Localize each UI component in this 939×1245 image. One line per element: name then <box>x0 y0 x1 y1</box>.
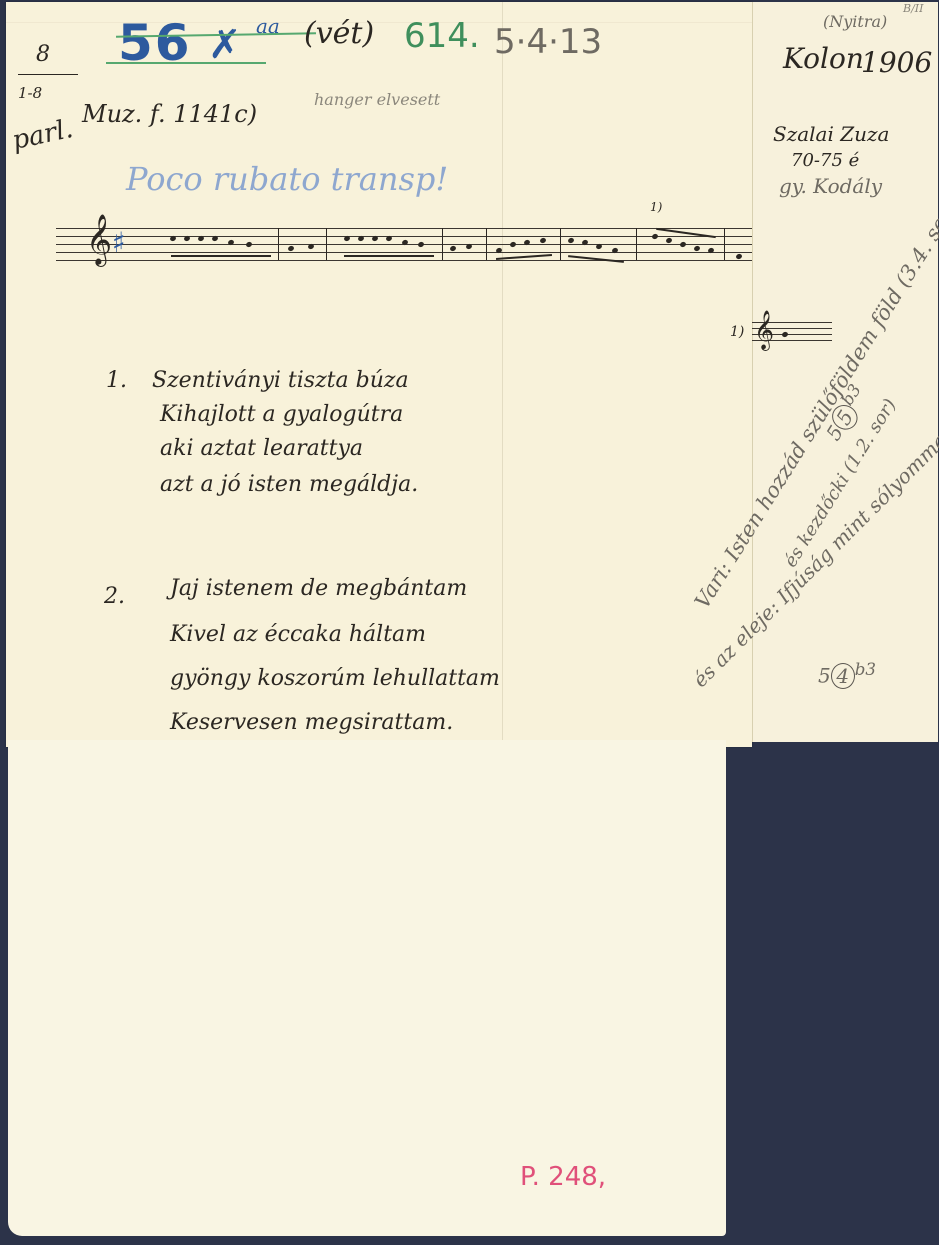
note <box>417 241 424 248</box>
catalog-suffix: aa <box>256 14 280 38</box>
beam <box>344 255 434 257</box>
note <box>465 243 472 250</box>
bar-line <box>486 228 487 260</box>
note <box>693 245 700 252</box>
note <box>287 245 294 252</box>
catalog-note: (vét) <box>304 16 374 51</box>
singer-name: Szalai Zuza <box>773 122 889 146</box>
location-note: (Nyitra) <box>823 12 887 31</box>
note <box>343 235 350 242</box>
footnote-marker: 1) <box>650 200 662 214</box>
bar-line <box>724 228 725 260</box>
collector: gy. Kodály <box>779 174 882 198</box>
note <box>183 235 190 242</box>
note <box>245 241 252 248</box>
page-reference: P. 248, <box>520 1162 606 1192</box>
note <box>169 235 176 242</box>
beam <box>568 255 624 263</box>
bar-line <box>278 228 279 260</box>
green-number: 614. <box>404 16 480 56</box>
year: 1906 <box>861 46 932 79</box>
verse-line: azt a jó isten megáldja. <box>160 472 418 497</box>
footnote-staff: 1) 𝄞 <box>752 322 832 346</box>
bar-line <box>442 228 443 260</box>
treble-clef-icon: 𝄞 <box>86 214 112 265</box>
note <box>539 237 546 244</box>
verse-line: Kivel az éccaka háltam <box>170 622 426 647</box>
green-strike-line <box>106 62 266 64</box>
verse-line: gyöngy koszorúm lehullattam <box>170 666 500 691</box>
verse-line: Jaj istenem de megbántam <box>170 576 467 601</box>
note <box>679 241 686 248</box>
fraction-numerator: 8 <box>36 42 50 67</box>
note <box>567 237 574 244</box>
note <box>735 253 742 260</box>
note <box>385 235 392 242</box>
verse-line: Szentiványi tiszta búza <box>152 368 409 393</box>
note <box>651 233 658 240</box>
note <box>357 235 364 242</box>
note <box>509 241 516 248</box>
note <box>197 235 204 242</box>
note <box>665 237 672 244</box>
circled-number: 4 <box>831 663 855 689</box>
corner-mark: B/II <box>903 2 923 15</box>
verse-line: aki aztat learattya <box>160 436 363 461</box>
bar-line <box>326 228 327 260</box>
variant-3-code: 54b3 <box>818 660 876 689</box>
label-parl: parl. <box>10 114 76 156</box>
note <box>211 235 218 242</box>
footnote-label: 1) <box>730 324 744 340</box>
note <box>781 331 788 338</box>
fold-crease <box>502 2 503 747</box>
tempo-marking: Poco rubato transp! <box>126 160 448 198</box>
location: Kolon <box>783 42 864 75</box>
beam <box>171 255 271 257</box>
faint-pencil-note: hanger elvesett <box>314 90 440 109</box>
manuscript-lower-sheet: P. 248, <box>8 740 726 1236</box>
note <box>449 245 456 252</box>
fraction-denominator: 1-8 <box>18 84 42 102</box>
manuscript-main-sheet: 8 1-8 parl. 56 ✗ aa (vét) 614. 5·4·13 Mu… <box>6 2 752 747</box>
treble-clef-icon: 𝄞 <box>754 310 774 350</box>
verse-line: Keservesen megsirattam. <box>170 710 453 735</box>
note <box>371 235 378 242</box>
fraction-bar <box>18 74 78 75</box>
date-code: 5·4·13 <box>494 22 602 62</box>
verse-line: Kihajlott a gyalogútra <box>160 402 403 427</box>
note <box>307 243 314 250</box>
verse-number: 1. <box>106 368 127 393</box>
verse-number: 2. <box>104 584 125 609</box>
archive-reference: Muz. f. 1141c) <box>82 100 257 128</box>
singer-age: 70-75 é <box>791 150 859 171</box>
bar-line <box>636 228 637 260</box>
key-signature-sharp-icon: ♯ <box>112 226 126 259</box>
note <box>595 243 602 250</box>
bar-line <box>560 228 561 260</box>
